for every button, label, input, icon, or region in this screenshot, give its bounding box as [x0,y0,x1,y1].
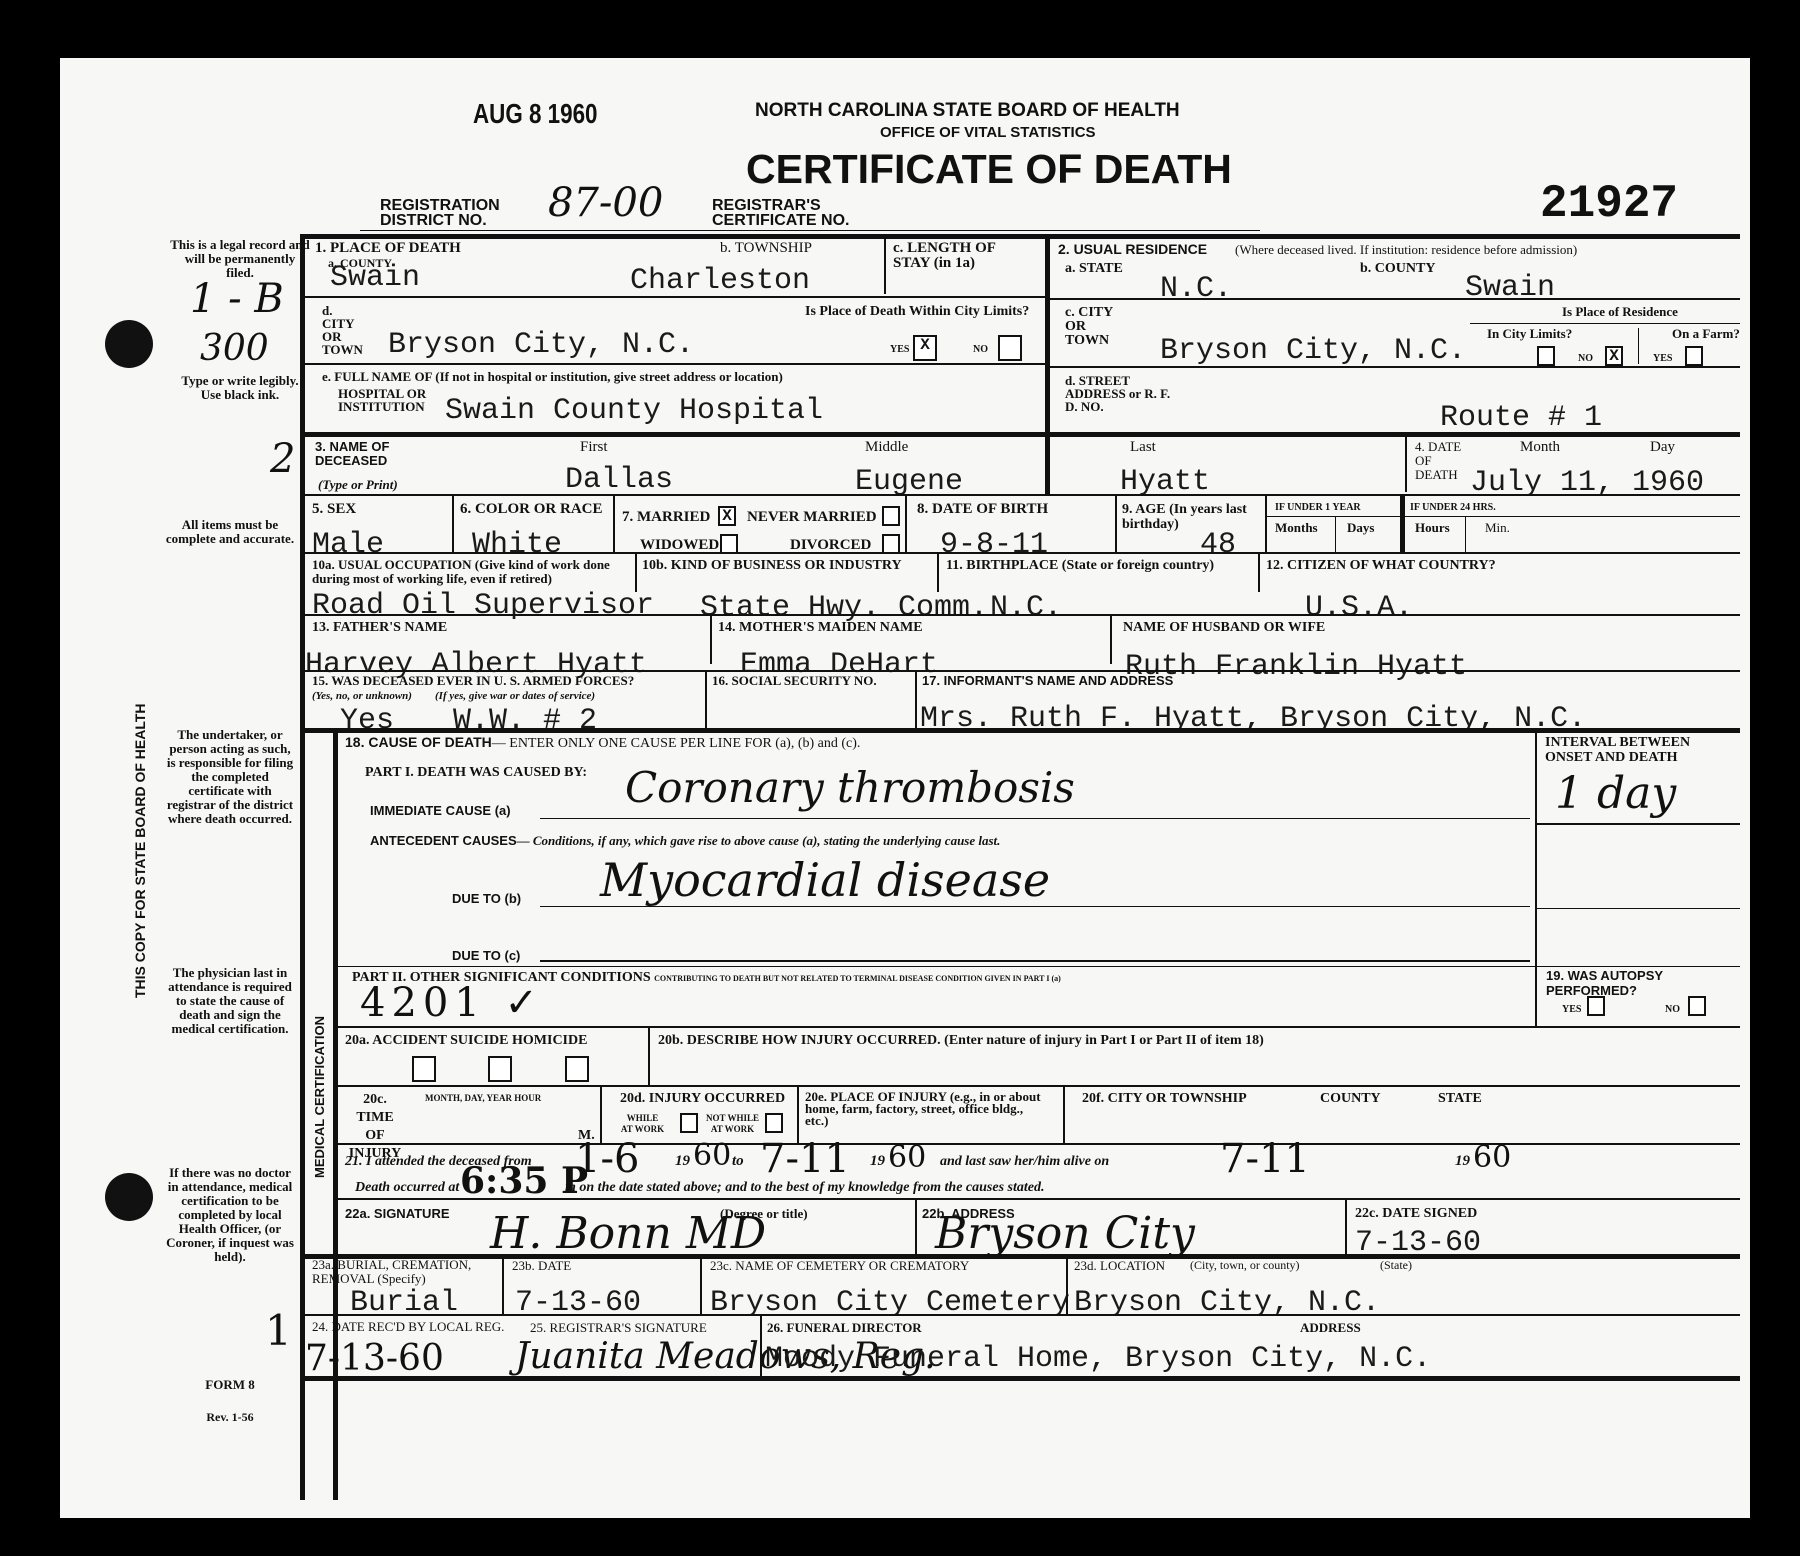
funeral-director-label: 26. FUNERAL DIRECTOR [767,1320,922,1335]
time-of-injury-sub: MONTH, DAY, YEAR HOUR [425,1093,541,1104]
form-bottom-border [300,1376,1740,1381]
length-of-stay-label: c. LENGTH OF STAY (in 1a) [893,241,1033,271]
place-of-injury-label: 20e. PLACE OF INJURY (e.g., in or about … [805,1091,1045,1127]
divorced-label: DIVORCED [790,538,871,553]
last-name-label: Last [1130,440,1156,455]
part1-label: PART I. DEATH WAS CAUSED BY: [365,765,587,780]
divider [304,1314,1740,1316]
divider [1265,494,1267,552]
divider [304,494,1740,496]
sidebar-handwritten-3: 2 [270,436,295,482]
date-of-death-label: 4. DATE OF DEATH [1415,440,1465,482]
day-label: Day [1650,440,1675,455]
divider [1110,614,1112,664]
divider [1066,1254,1068,1314]
registrar-cert-label: REGISTRAR'S CERTIFICATE NO. [712,198,849,228]
widowed-label: WIDOWED [640,538,719,553]
occupation-value: Road Oil Supervisor [312,589,654,623]
form-label: FORM 8 [160,1378,300,1392]
married-checkbox[interactable]: X [718,506,736,526]
divider [1400,494,1405,552]
undertaker-note: The undertaker, or person acting as such… [165,728,295,826]
funeral-director-value: Moody Funeral Home, Bryson City, N.C. [765,1342,1431,1376]
section-divider [304,432,1740,437]
interval-value: 1 day [1555,768,1676,819]
office-name: OFFICE OF VITAL STATISTICS [880,124,1096,141]
birthplace-value: N.C. [990,591,1062,625]
widowed-checkbox[interactable] [720,534,738,554]
never-married-checkbox[interactable] [882,506,900,526]
complete-note: All items must be complete and accurate. [165,518,295,546]
hours-label: Hours [1415,522,1450,534]
accident-checkbox[interactable] [412,1056,436,1082]
month-label: Month [1520,440,1560,455]
occupation-label: 10a. USUAL OCCUPATION (Give kind of work… [312,558,642,586]
underline [540,960,1530,962]
divider [304,296,1045,298]
sex-label: 5. SEX [312,502,356,517]
attended-from-year: 60 [693,1138,731,1173]
death-occurred-label: Death occurred at [355,1180,459,1195]
street-value: Route # 1 [1440,401,1602,435]
divider [700,1254,702,1314]
medical-left-border [333,728,338,1500]
residence-county-label: b. COUNTY [1360,261,1435,276]
divider [1470,323,1740,324]
legal-note: This is a legal record and will be perma… [170,238,310,280]
married-label: 7. MARRIED [622,510,710,525]
punch-hole [105,1173,153,1221]
section-divider [1045,234,1050,494]
residence-note: (Where deceased lived. If institution: r… [1235,244,1577,256]
in-city-no-checkbox[interactable]: X [1605,346,1623,366]
injury-county-label: COUNTY [1320,1091,1381,1106]
form-top-border [300,234,1740,239]
divider [905,494,907,552]
due-to-b-label: DUE TO (b) [452,891,521,906]
time-of-injury-label: 20c. TIME OF INJURY [345,1091,405,1163]
divider [1638,328,1639,364]
dob-label: 8. DATE OF BIRTH [917,502,1048,517]
divider [1267,516,1740,517]
type-or-print-note: (Type or Print) [318,479,398,491]
hospital-value: Swain County Hospital [445,394,823,428]
divider [452,494,454,552]
first-name-value: Dallas [565,463,673,497]
mother-label: 14. MOTHER'S MAIDEN NAME [718,620,923,635]
dob-value: 9-8-11 [940,528,1048,562]
divider [1115,494,1117,552]
antecedent-label: ANTECEDENT CAUSES— Conditions, if any, w… [370,833,1000,848]
medical-certification-vertical: MEDICAL CERTIFICATION [312,1016,327,1178]
yes-label: YES [1653,353,1672,364]
days-label: Days [1347,522,1374,534]
divider [915,670,917,728]
location-label: 23d. LOCATION [1074,1258,1165,1273]
underline [540,818,1530,819]
race-label: 6. COLOR OR RACE [460,502,603,517]
type-note: Type or write legibly. Use black ink. [180,374,300,402]
farm-yes-checkbox[interactable] [1685,346,1703,366]
date-received-value: 7-13-60 [305,1338,444,1379]
divider [1405,436,1407,492]
age-label: 9. AGE (In years last birthday) [1122,502,1262,532]
autopsy-label: 19. WAS AUTOPSY PERFORMED? [1546,968,1676,998]
within-limits-no-checkbox[interactable] [998,335,1022,361]
signature-label: 22a. SIGNATURE [345,1206,450,1221]
death-city-value: Bryson City, N.C. [388,328,694,362]
divider [635,552,637,592]
never-married-label: NEVER MARRIED [747,510,877,525]
divider [1063,1085,1065,1145]
registrar-signature-label: 25. REGISTRAR'S SIGNATURE [530,1320,707,1335]
location-state-label: (State) [1380,1258,1412,1273]
divorced-checkbox[interactable] [882,534,900,554]
divider [304,363,1045,365]
divider [613,494,615,552]
residence-city-value: Bryson City, N.C. [1160,334,1466,368]
death-occurred-rest: m on the date stated above; and to the b… [565,1180,1044,1195]
divider [1535,823,1740,825]
on-farm-label: On a Farm? [1672,328,1740,340]
hospital-label-2: HOSPITAL OR INSTITUTION [338,387,438,413]
divider [915,1198,917,1254]
in-city-limits-label: In City Limits? [1487,328,1572,340]
divider [648,1026,650,1086]
deceased-name-label: 3. NAME OF DECEASED [315,440,415,468]
within-limits-label: Is Place of Death Within City Limits? [805,304,1035,319]
copy-for-state-vertical: THIS COPY FOR STATE BOARD OF HEALTH [132,703,148,998]
part2-code: 4201 ✓ [360,980,544,1026]
funeral-address-label: ADDRESS [1300,1320,1361,1335]
suicide-checkbox[interactable] [488,1056,512,1082]
under-1-year-label: IF UNDER 1 YEAR [1275,502,1361,513]
informant-label: 17. INFORMANT'S NAME AND ADDRESS [922,673,1173,688]
page-title: CERTIFICATE OF DEATH [746,146,1232,193]
injury-occurred-label: 20d. INJURY OCCURRED [620,1091,785,1106]
under-24-hrs-label: IF UNDER 24 HRS. [1410,502,1496,513]
attended-to-label: to [732,1154,744,1169]
autopsy-yes-label: YES [1562,1004,1581,1015]
not-while-at-work-label: NOT WHILE AT WORK [705,1113,760,1135]
injury-how-label: 20b. DESCRIBE HOW INJURY OCCURRED. (Ente… [658,1033,1264,1048]
year-prefix: 19 [870,1154,885,1169]
immediate-cause-label: IMMEDIATE CAUSE (a) [370,803,511,818]
burial-date-label: 23b. DATE [512,1258,571,1273]
reg-district-value: 87-00 [548,180,663,226]
middle-name-label: Middle [865,440,908,455]
year-prefix: 19 [1455,1154,1470,1169]
in-city-yes-checkbox[interactable] [1537,346,1555,366]
armed-forces-sub-1: (Yes, no, or unknown) [312,690,412,702]
autopsy-yes-checkbox[interactable] [1587,996,1605,1016]
date-signed-label: 22c. DATE SIGNED [1355,1206,1477,1221]
residence-state-value: N.C. [1160,272,1232,306]
rev-label: Rev. 1-56 [160,1410,300,1424]
while-at-work-label: WHILE AT WORK [620,1113,665,1135]
no-doctor-note: If there was no doctor in attendance, me… [165,1166,295,1264]
birthplace-label: 11. BIRTHPLACE (State or foreign country… [946,558,1214,573]
yes-label: YES [890,344,909,355]
divider [1050,366,1740,368]
divider [337,1085,1740,1087]
degree-label: (Degree or title) [720,1206,808,1221]
section-divider [304,728,1740,733]
cause-of-death-label: 18. CAUSE OF DEATH— ENTER ONLY ONE CAUSE… [345,735,860,751]
citizen-label: 12. CITIZEN OF WHAT COUNTRY? [1266,558,1496,573]
first-name-label: First [580,440,608,455]
street-label: d. STREET ADDRESS or R. F. D. NO. [1065,374,1185,413]
divider [1335,516,1336,552]
ssn-label: 16. SOCIAL SECURITY NO. [712,673,877,688]
city-township-label: 20f. CITY OR TOWNSHIP [1082,1091,1247,1106]
spouse-label: NAME OF HUSBAND OR WIFE [1123,620,1325,635]
place-of-residence-label: Is Place of Residence [1562,306,1678,318]
divider [304,614,1740,616]
attended-to-year: 60 [888,1140,926,1175]
divider [1535,728,1537,983]
immediate-cause-value: Coronary thrombosis [625,763,1075,812]
due-to-b-value: Myocardial disease [600,853,1050,907]
place-of-death-label: 1. PLACE OF DEATH [315,241,461,256]
interval-label: INTERVAL BETWEEN ONSET AND DEATH [1545,735,1735,765]
date-received-label: 24. DATE REC'D BY LOCAL REG. [312,1320,512,1334]
sidebar-handwritten-4: 1 [265,1306,292,1355]
divider [705,670,707,728]
burial-type-label: 23a. BURIAL, CREMATION, REMOVAL (Specify… [312,1258,502,1286]
divider [337,1026,1740,1028]
header-underline [360,230,1260,231]
divider [337,966,1740,967]
death-county-value: Swain [330,261,420,295]
divider [337,1198,1740,1200]
divider [304,552,1740,554]
reg-district-label: REGISTRATION DISTRICT NO. [380,198,500,228]
divider [1050,298,1740,300]
hospital-label: e. FULL NAME OF (If not in hospital or i… [322,371,783,383]
received-stamp: AUG 8 1960 [473,98,598,130]
township-label: b. TOWNSHIP [720,241,812,256]
divider [1535,908,1740,909]
divider [760,1314,762,1376]
accident-suicide-homicide-label: 20a. ACCIDENT SUICIDE HOMICIDE [345,1033,587,1048]
cemetery-label: 23c. NAME OF CEMETERY OR CREMATORY [710,1258,969,1273]
last-saw-label: and last saw her/him alive on [940,1154,1109,1169]
divider [502,1254,504,1314]
no-label: NO [973,344,988,355]
age-value: 48 [1200,528,1236,562]
physician-note: The physician last in attendance is requ… [165,966,295,1036]
divider [1345,1198,1347,1254]
not-while-at-work-checkbox[interactable] [765,1113,783,1133]
business-label: 10b. KIND OF BUSINESS OR INDUSTRY [642,558,902,573]
divider [710,614,712,664]
spouse-value: Ruth Franklin Hyatt [1125,650,1467,684]
divider [1465,516,1466,552]
divider [937,552,939,592]
death-city-label: d. CITY OR TOWN [322,304,362,356]
armed-forces-sub-2: (If yes, give war or dates of service) [435,690,595,702]
residence-label: 2. USUAL RESIDENCE [1058,242,1207,257]
certificate-page: AUG 8 1960 NORTH CAROLINA STATE BOARD OF… [60,58,1750,1518]
divider [337,1143,1740,1145]
location-sub-label: (City, town, or county) [1190,1258,1300,1273]
while-at-work-checkbox[interactable] [680,1113,698,1133]
divider [884,238,886,294]
last-saw-value: 7-11 [1220,1136,1310,1182]
residence-city-label: c. CITY OR TOWN [1065,306,1120,348]
form-left-border [300,234,305,1500]
divider [1258,552,1260,592]
no-label: NO [1578,353,1593,364]
injury-state-label: STATE [1438,1091,1482,1106]
within-limits-yes-checkbox[interactable]: X [913,335,937,361]
punch-hole [105,320,153,368]
homicide-checkbox[interactable] [565,1056,589,1082]
last-saw-year: 60 [1473,1140,1511,1175]
due-to-c-label: DUE TO (c) [452,948,520,963]
attended-to-value: 7-11 [760,1136,850,1182]
months-label: Months [1275,522,1318,534]
certificate-number: 21927 [1540,178,1678,230]
divider [304,670,1740,672]
death-township-value: Charleston [630,264,810,298]
residence-state-label: a. STATE [1065,261,1123,276]
divider [1535,966,1537,1026]
min-label: Min. [1485,522,1510,534]
agency-name: NORTH CAROLINA STATE BOARD OF HEALTH [755,100,1180,122]
sidebar-handwritten-1: 1 - B [190,276,284,322]
armed-forces-label: 15. WAS DECEASED EVER IN U. S. ARMED FOR… [312,673,634,688]
autopsy-no-label: NO [1665,1004,1680,1015]
autopsy-no-checkbox[interactable] [1688,996,1706,1016]
physician-address-value: Bryson City [935,1208,1195,1259]
year-prefix: 19 [675,1154,690,1169]
father-label: 13. FATHER'S NAME [312,620,447,635]
underline [540,906,1530,907]
sidebar-handwritten-2: 300 [200,328,269,369]
